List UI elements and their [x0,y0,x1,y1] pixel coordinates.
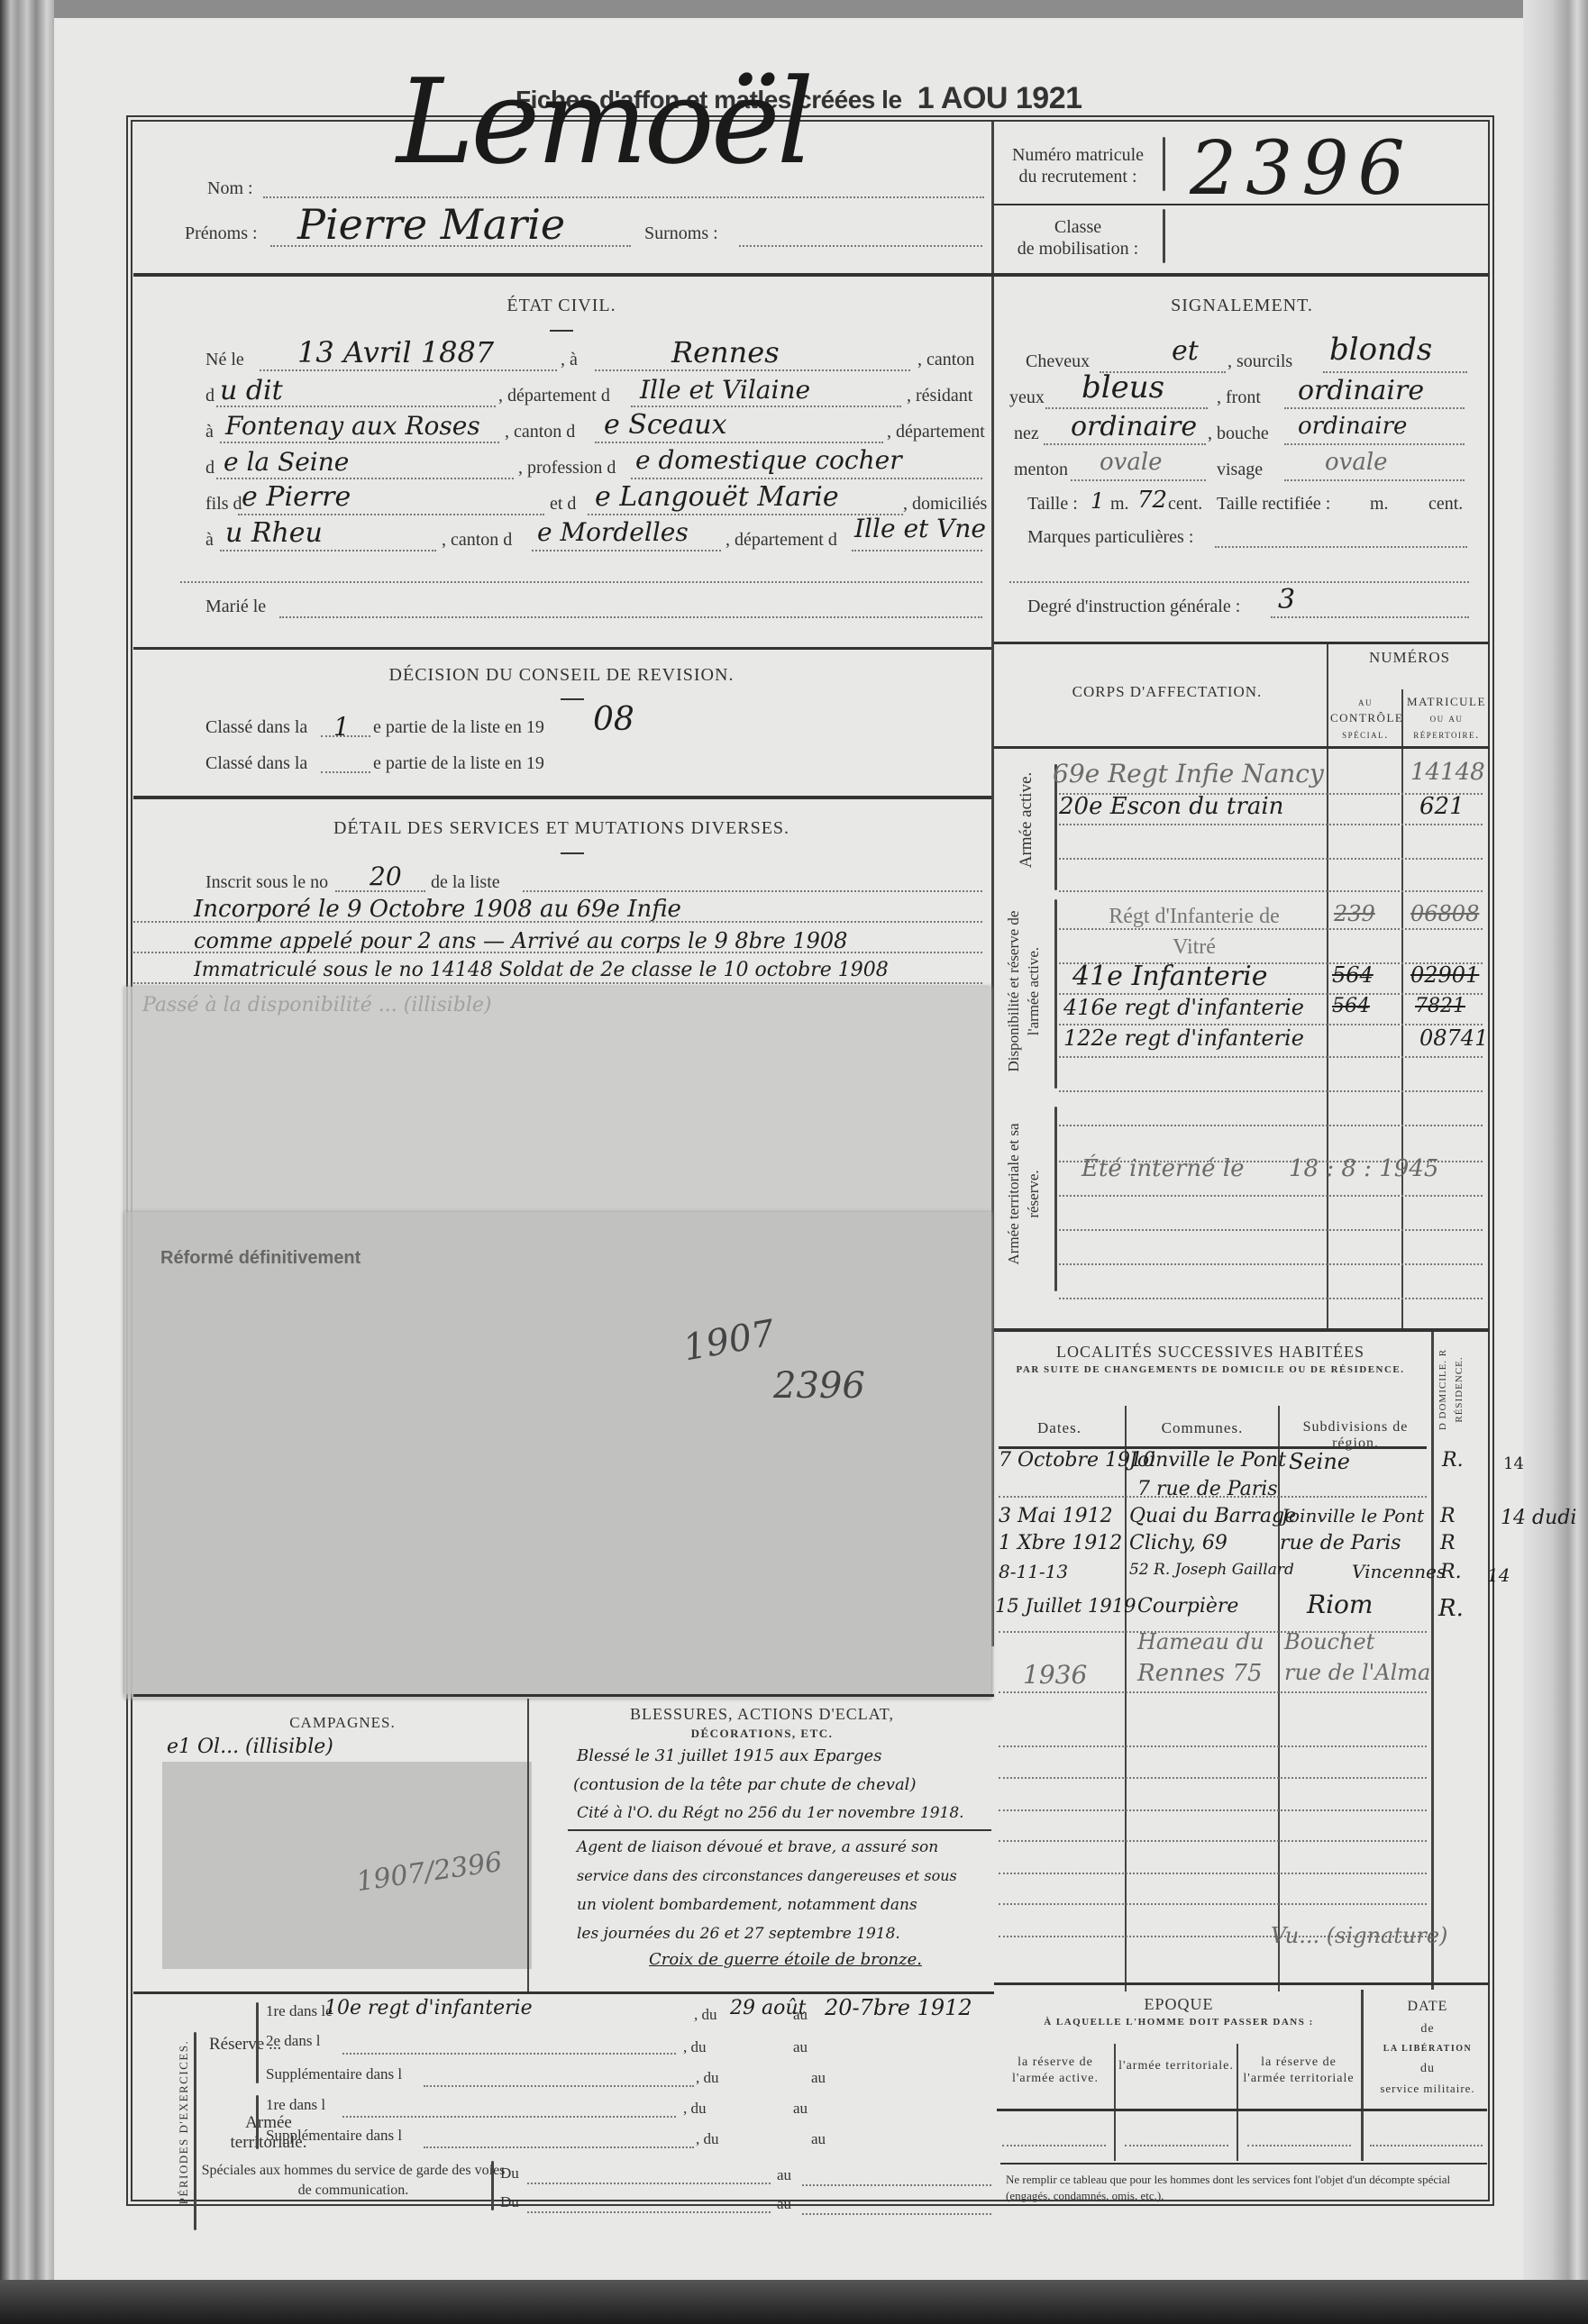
liste-label: de la liste [431,872,500,893]
domicilies-label: , domiciliés [903,494,987,515]
territoriale-brace [256,2095,259,2149]
bouche-label: , bouche [1208,424,1269,444]
title-dash [561,852,584,854]
loc-row-6-commune: Courpière [1137,1595,1238,1618]
blessures-left-divider [527,1699,529,1991]
classe-brace [1163,209,1165,263]
blessures-line-1: Blessé le 31 juillet 1915 aux Eparges [577,1746,881,1765]
speciales-row-2-du-label: Du [500,2193,519,2211]
visage-line [1284,479,1465,481]
profession-label: , profession d [518,458,616,478]
taille-rect-cent-label: cent. [1428,494,1463,515]
exercice-row-4-au-label: au [793,2100,808,2118]
exercice-row-1-label: 1re dans le [266,2002,333,2020]
section-brace-2 [1054,899,1057,1089]
loc-row-3-commune: Quai du Barrage [1129,1505,1296,1527]
epoque-header-rule [997,2109,1487,2111]
loc-row-8-commune: Rennes 75 [1137,1660,1263,1687]
surnoms-label: Surnoms : [644,223,718,244]
localites-signature: Vu... (signature) [1271,1923,1447,1948]
loc-row-7-subdivision: Bouchet [1284,1629,1374,1654]
loc-row-4-subdivision: rue de Paris [1280,1532,1401,1554]
blessures-line-8: Croix de guerre étoile de bronze. [649,1950,922,1969]
cheveux-value: et [1172,335,1199,367]
corps-row-1: 69e Regt Infie Nancy [1053,759,1324,788]
taille-rect-m-label: m. [1370,494,1389,515]
speciales-row-1-du-label: Du [500,2165,519,2183]
loc-row-8-subdivision: rue de l'Alma [1284,1660,1430,1685]
surnoms-field-line [739,245,982,247]
speciales-label: Spéciales aux hommes du service de garde… [200,2161,507,2201]
canton-label: , canton [917,350,974,370]
campagnes-top-note: e1 Ol... (illisible) [167,1736,333,1758]
epoque-col-3: la réserve de l'armée territoriale [1238,2055,1359,2087]
loc-row-6-dr: R. [1438,1595,1464,1622]
loc-row-4-date: 1 Xbre 1912 [999,1532,1122,1554]
loc-row-5-dr: R. [1440,1561,1462,1583]
col-dates-header: Dates. [994,1419,1125,1437]
sourcils-line [1323,371,1467,373]
slip-reforme-stamp: Réformé définitivement [160,1248,360,1269]
marques-label: Marques particulières : [1027,527,1193,548]
service-text-1: Incorporé le 9 Octobre 1908 au 69e Infie [194,896,681,923]
signalement-rule [994,642,1490,644]
marie-label: Marié le [205,597,266,617]
menton-label: menton [1014,460,1068,480]
marie-line [279,616,982,618]
a-line [595,369,910,371]
loc-row-line [999,1745,1427,1747]
a-label: , à [561,350,578,370]
speciales-brace [491,2161,494,2210]
sourcils-label: , sourcils [1228,351,1292,372]
loc-row-6-subdivision: Riom [1307,1590,1373,1619]
blessures-line-3: Cité à l'O. du Régt no 256 du 1er novemb… [577,1804,964,1822]
epoque-col-2: l'armée territoriale. [1118,2055,1235,2078]
stamp-date: 1 AOU 1921 [917,81,1082,115]
speciales-row-1-line [527,2183,771,2184]
slip-number-1907: 1907 [680,1313,778,1370]
corps-header-rule [994,746,1490,749]
loc-row-3-dr: R [1440,1505,1456,1527]
ne-le-line [260,369,557,371]
localites-title: LOCALITÉS SUCCESSIVES HABITÉES [994,1343,1427,1362]
campagnes-title: CAMPAGNES. [162,1714,523,1732]
residant-line [220,442,499,443]
service-text-4: Passé à la disponibilité ... (illisible) [142,994,492,1016]
corps-row-line [1059,1195,1483,1197]
departement2-value: e la Seine [224,447,349,477]
prenoms-value: Pierre Marie [297,200,565,249]
blessures-line-7: les journées du 26 et 27 septembre 1918. [577,1925,900,1943]
blessures-line-2: (contusion de la tête par chute de cheva… [573,1775,916,1794]
date-de: de [1364,2022,1491,2037]
corps-row-line [1059,928,1483,930]
mere-value: e Langouët Marie [595,481,839,513]
exercice-row-3-label: Supplémentaire dans l [266,2065,402,2083]
speciales-row-2-au-label: au [777,2195,791,2213]
prenoms-field-line [270,245,631,247]
residant-label: , résidant [907,386,972,406]
blessures-citation-rule [568,1829,991,1831]
nom-label: Nom : [207,178,253,199]
corps-row-6: 416e regt d'infanterie [1063,995,1304,1020]
interne-date: 18 : 8 : 1945 [1289,1155,1438,1182]
d2-label: d [205,458,214,478]
nom-value: Lemoël [397,63,810,180]
epoque-note: Ne remplir ce tableau que pour les homme… [1006,2172,1483,2204]
corps-row-1-matricule: 14148 [1410,759,1485,786]
section-armee-active: Armée active. [1017,752,1036,888]
yeux-value: bleus [1081,369,1164,406]
matricule-brace [1163,137,1165,191]
header-bottom-rule [133,273,1490,277]
exercice-row-2-au-label: au [793,2038,808,2056]
book-gutter-shadow [0,2280,1588,2324]
epoque-value-line-2 [1125,2145,1228,2146]
reserve-brace [256,2002,259,2083]
exercice-row-1-au: 20-7bre 1912 [825,1995,972,2020]
ne-le-label: Né le [205,350,244,370]
exercices-brace [194,2032,196,2230]
exercice-row-4-line [342,2116,676,2118]
etat-civil-title: ÉTAT CIVIL. [133,296,990,316]
section-territoriale: Armée territoriale et sa réserve. [1004,1104,1044,1284]
corps-title: CORPS D'AFFECTATION. [1054,683,1280,701]
blessures-title: BLESSURES, ACTIONS D'ECLAT, [530,1705,994,1724]
loc-row-line [999,1691,1427,1693]
lieu-naissance-value: Rennes [671,335,780,369]
epoque-subtitle: À LAQUELLE L'HOMME DOIT PASSER DANS : [994,2017,1364,2028]
canton3-value: e Mordelles [537,517,689,547]
conseil-row2-label: Classé dans la [205,753,307,774]
epoque-bottom-rule [1000,2163,1487,2165]
corps-row-line [1059,1298,1483,1299]
matricule-label-line1: Numéro matricule [1006,144,1150,166]
a2-label: à [205,422,214,442]
extra-line [180,581,982,583]
canton3-label: , canton d [442,530,512,551]
loc-row-line [999,1903,1427,1905]
col-controle-header: au CONTRÔLE spécial. [1330,694,1401,743]
matricule-label-line2: du recrutement : [1006,166,1150,187]
corps-row-7: 122e regt d'infanterie [1063,1025,1304,1051]
classe-label-line1: Classe [1006,216,1150,238]
loc-row-3-subdivision: Joinville le Pont [1282,1505,1424,1527]
speciales-row-2-line [527,2211,771,2213]
epoque-col-divider-1 [1114,2044,1116,2161]
loc-row-line [999,1496,1427,1498]
departement2-line [216,478,514,479]
loc-row-1-margin: 14 [1503,1454,1524,1473]
loc-row-1-subdivision: Seine [1289,1449,1350,1474]
loc-row-8-date: 1936 [1023,1660,1087,1690]
front-line [1284,407,1465,409]
taille-m-label: m. [1110,494,1129,515]
corps-row-line [1059,1056,1483,1058]
loc-row-4-dr: R [1440,1532,1456,1554]
canton3-line [532,550,721,551]
marques-line [1215,546,1467,548]
matricule-label: Numéro matricule du recrutement : [1006,144,1150,187]
domicile-value: u Rheu [225,517,323,549]
date-value-line [1370,2145,1483,2146]
classe-label: Classe de mobilisation : [1006,216,1150,260]
canton2-label: , canton d [505,422,575,442]
section-brace-3 [1054,1107,1057,1291]
book-binding-edge [0,0,54,2324]
exercice-row-2-line [342,2053,676,2055]
front-value: ordinaire [1298,375,1424,406]
marques-line-2 [1009,581,1469,583]
d-label: d [205,386,214,406]
sourcils-value: blonds [1329,332,1432,368]
pere-line [238,514,544,515]
menton-line [1071,479,1206,481]
col-matricule-header: MATRICULE ou au répertoire. [1404,694,1489,743]
campagnes-top-rule [133,1694,994,1697]
et-d-label: et d [550,494,576,515]
visage-value: ovale [1325,449,1388,476]
loc-row-line [999,1840,1427,1842]
exercice-row-2-du-label: , du [683,2038,707,2056]
loc-row-3-date: 3 Mai 1912 [999,1505,1113,1527]
ne-le-value: 13 Avril 1887 [297,335,494,369]
speciales-row-1-au-label: au [777,2166,791,2184]
corps-row-line [1059,858,1483,860]
conseil-row2-partie-line [321,771,370,773]
main-column-divider [991,277,994,1646]
corps-col-divider-2 [1401,689,1403,1329]
canton-value: u dit [220,375,283,406]
prenoms-label: Prénoms : [185,223,258,244]
loc-row-5-date: 8-11-13 [999,1561,1068,1582]
conseil-row1-label: Classé dans la [205,717,307,738]
residant-value: Fontenay aux Roses [225,411,480,441]
exercice-row-5-au-label: au [811,2130,826,2148]
nom-field-line [263,196,984,198]
departement3-label: , département d [726,530,837,551]
localites-bottom-rule [994,1982,1490,1985]
loc-row-3-margin: 14 dudi [1501,1507,1576,1529]
exercice-row-5-du-label: , du [696,2130,719,2148]
section-disponibilite: Disponibilité et réserve de l'armée acti… [1004,897,1044,1086]
blessures-line-6: un violent bombardement, notamment dans [577,1896,917,1914]
signalement-title: SIGNALEMENT. [994,296,1490,316]
instruction-line [1271,616,1469,618]
regt-vitre-stamp: Régt d'Infanterie de Vitré [1091,901,1298,962]
corps-row-4-controle: 239 [1334,901,1375,926]
exercice-row-5-line [424,2146,694,2148]
title-dash [561,698,584,700]
corps-row-line [1059,1125,1483,1126]
corps-row-2: 20e Escon du train [1059,793,1283,820]
pasted-slip-lower-section: Réformé définitivement 1907 2396 [124,1212,991,1699]
instruction-label: Degré d'instruction générale : [1027,597,1240,617]
blessures-bottom-rule [133,1991,994,1994]
conseil-row1-label-b: e partie de la liste en 19 [373,717,544,738]
page-edge-right [1523,0,1588,2324]
services-title: DÉTAIL DES SERVICES ET MUTATIONS DIVERSE… [133,818,990,839]
profession-value: e domestique cocher [635,445,902,475]
etat-civil-rule [133,647,991,650]
date-service: service militaire. [1364,2082,1491,2096]
exercice-row-4-du-label: , du [683,2100,707,2118]
loc-row-5-subdivision: Vincennes [1352,1561,1446,1582]
exercice-row-1-du-label: , du [694,2006,717,2024]
col-domicile-residence: D DOMICILE. R RÉSIDENCE. [1435,1335,1467,1444]
corps-row-7-matricule: 08741 [1419,1025,1488,1051]
corps-row-line [1059,824,1483,825]
yeux-line [1045,407,1208,409]
exercice-row-4-label: 1re dans l [266,2096,325,2114]
exercice-row-3-au-label: au [811,2069,826,2087]
speciales-row-2-au-line [802,2213,991,2215]
bouche-line [1284,443,1465,445]
classe-label-line2: de mobilisation : [1006,238,1150,260]
interne-label: Été interné le [1081,1155,1245,1182]
conseil-row1-annee: 08 [593,701,634,738]
slip-number-2396: 2396 [773,1365,865,1407]
numeros-title: NUMÉROS [1328,649,1491,667]
canton2-value: e Sceaux [604,409,727,441]
yeux-label: yeux [1009,387,1045,408]
conseil-rule [133,796,991,799]
date-liberation: LA LIBÉRATION [1364,2044,1491,2054]
exercice-row-2-label: 2e dans l [266,2032,320,2050]
corps-row-2-matricule: 621 [1419,793,1465,820]
conseil-row2-label-b: e partie de la liste en 19 [373,753,544,774]
exercice-row-3-du-label: , du [696,2069,719,2087]
corps-row-line [1059,1263,1483,1265]
header-divider [991,122,994,275]
service-line-3 [133,982,982,984]
epoque-col-1: la réserve de l'armée active. [997,2055,1114,2087]
taille-rectifiee-label: Taille rectifiée : [1217,494,1330,515]
nez-value: ordinaire [1071,411,1197,442]
departement3-line [852,550,982,551]
loc-row-1-dr: R. [1442,1449,1464,1472]
title-dash [550,330,573,332]
corps-row-5-controle: 564 [1332,962,1374,988]
cheveux-label: Cheveux [1026,351,1090,372]
loc-row-5-commune: 52 R. Joseph Gaillard [1129,1561,1294,1579]
a3-label: à [205,530,214,551]
col-communes-header: Communes. [1127,1419,1278,1437]
corps-row-line [1059,890,1483,892]
corps-row-6-matricule: 7821 [1415,995,1465,1017]
matricule-divider [994,204,1490,205]
localites-subtitle: PAR SUITE DE CHANGEMENTS DE DOMICILE OU … [994,1364,1427,1375]
localites-dr-divider [1431,1332,1434,1990]
loc-row-1-commune: Joinville le Pont [1129,1449,1286,1472]
exercice-row-5-label: Supplémentaire dans l [266,2127,402,2145]
corps-row-5-matricule: 02901 [1410,962,1479,988]
fils-label: fils d [205,494,242,515]
conseil-title: DÉCISION DU CONSEIL DE REVISION. [133,665,990,686]
taille-cent-label: cent. [1168,494,1202,515]
pere-value: e Pierre [242,481,351,513]
blessures-line-4: Agent de liaison dévoué et brave, a assu… [577,1838,938,1856]
exercice-row-1-value: 10e regt d'infanterie [324,1997,533,2019]
menton-value: ovale [1100,449,1163,476]
loc-row-line [999,1873,1427,1874]
epoque-date-divider [1361,1990,1364,2161]
epoque-value-line-1 [1002,2145,1106,2146]
blessures-subtitle: DÉCORATIONS, ETC. [530,1727,994,1741]
corps-row-6-controle: 564 [1332,995,1370,1017]
loc-row-6-date: 15 Juillet 1919 [995,1595,1136,1617]
departement-value: Ille et Vilaine [640,375,810,405]
taille-label: Taille : [1027,494,1078,515]
departement-line [631,406,901,407]
loc-row-7-commune: Hameau du [1137,1629,1264,1654]
departement2-label: , département [887,422,985,442]
loc-row-5-margin: 14 [1487,1564,1510,1586]
corps-row-line [1059,1229,1483,1231]
taille-m-value: 1 [1091,488,1104,514]
front-label: , front [1217,387,1261,408]
epoque-title: EPOQUE [994,1995,1364,2014]
canton2-line [595,442,883,443]
exercice-row-3-line [424,2085,694,2087]
speciales-row-1-au-line [802,2184,991,2186]
service-text-2: comme appelé pour 2 ans — Arrivé au corp… [194,928,847,953]
corps-bottom-rule [994,1328,1490,1332]
visage-label: visage [1217,460,1263,480]
blessures-line-5: service dans des circonstances dangereus… [577,1867,957,1884]
loc-row-line [999,1809,1427,1811]
service-text-3: Immatriculé sous le no 14148 Soldat de 2… [194,959,889,981]
bouche-value: ordinaire [1298,413,1407,440]
loc-row-4-commune: Clichy, 69 [1129,1532,1228,1554]
instruction-value: 3 [1278,584,1295,615]
corps-row-4-matricule: 06808 [1410,901,1479,926]
conseil-row1-partie: 1 [333,712,350,742]
date-du: du [1364,2062,1491,2076]
profession-line [631,478,982,479]
departement3-value: Ille et Vne [854,514,986,543]
epoque-value-line-3 [1247,2145,1351,2146]
date-title: DATE [1364,1999,1491,2015]
taille-cent-value: 72 [1137,487,1167,514]
exercices-vertical-label: PÉRIODES D'EXERCICES. [177,2005,191,2239]
corps-row-line [1059,1090,1483,1092]
liste-line [523,890,982,892]
matricule-value: 2396 [1190,126,1414,212]
nez-line [1044,443,1206,445]
domicile-line [220,550,436,551]
loc-row-line [999,1777,1427,1779]
inscrit-value: 20 [370,861,402,891]
departement-label: , département d [498,386,610,406]
inscrit-label: Inscrit sous le no [205,872,328,893]
corps-row-5: 41e Infanterie [1072,961,1267,992]
exercice-row-1-au-label: au [793,2006,808,2024]
nez-label: nez [1014,424,1039,444]
